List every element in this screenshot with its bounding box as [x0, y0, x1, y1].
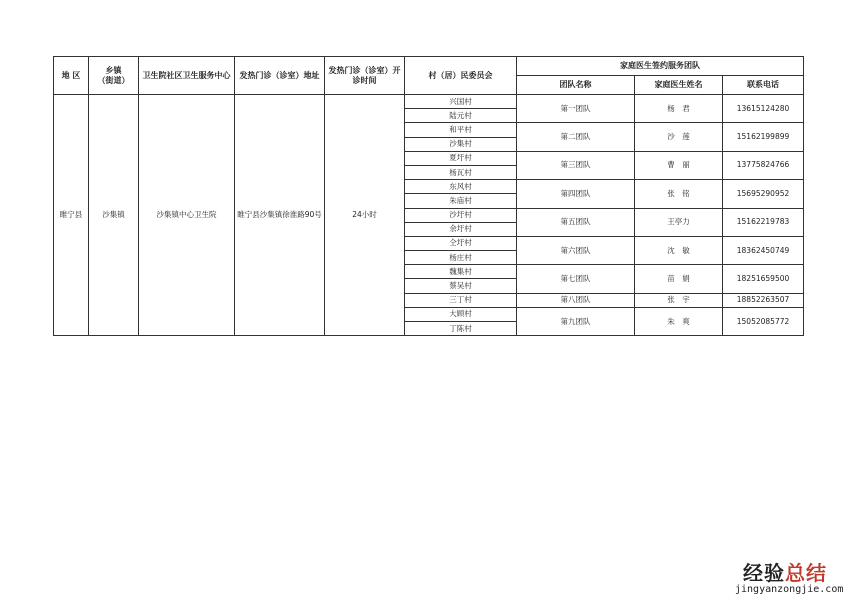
doctor-name-cell: 杨 君: [635, 95, 723, 123]
header-township: 乡镇 （街道）: [89, 57, 139, 95]
watermark-title: 经验总结: [735, 562, 835, 584]
village-cell: 夏圩村: [405, 151, 517, 165]
village-cell: 仝圩村: [405, 236, 517, 250]
township-cell: 沙集镇: [89, 95, 139, 336]
header-health-center: 卫生院社区卫生服务中心: [139, 57, 235, 95]
village-cell: 沙集村: [405, 137, 517, 151]
roster-body: 睢宁县沙集镇沙集镇中心卫生院睢宁县沙集镇徐淮路90号24小时兴国村第一团队杨 君…: [54, 95, 804, 336]
village-cell: 魏集村: [405, 265, 517, 279]
village-cell: 朱庙村: [405, 194, 517, 208]
phone-cell: 15052085772: [723, 307, 804, 335]
fever-clinic-hours-cell: 24小时: [325, 95, 405, 336]
header-region: 地 区: [54, 57, 89, 95]
phone-cell: 18362450749: [723, 236, 804, 264]
watermark-title-part2: 总结: [785, 561, 827, 585]
health-center-cell: 沙集镇中心卫生院: [139, 95, 235, 336]
doctor-name-cell: 沙 莲: [635, 123, 723, 151]
family-doctor-roster-table: 地 区 乡镇 （街道） 卫生院社区卫生服务中心 发热门诊（诊室）地址 发热门诊（…: [53, 56, 804, 336]
village-cell: 杨瓦村: [405, 165, 517, 179]
team-name-cell: 第二团队: [517, 123, 635, 151]
village-cell: 陆元村: [405, 109, 517, 123]
header-team-name: 团队名称: [517, 76, 635, 95]
phone-cell: 15162199899: [723, 123, 804, 151]
region-cell: 睢宁县: [54, 95, 89, 336]
village-cell: 沙圩村: [405, 208, 517, 222]
team-name-cell: 第一团队: [517, 95, 635, 123]
table-row: 睢宁县沙集镇沙集镇中心卫生院睢宁县沙集镇徐淮路90号24小时兴国村第一团队杨 君…: [54, 95, 804, 109]
header-doctor-name: 家庭医生姓名: [635, 76, 723, 95]
team-name-cell: 第五团队: [517, 208, 635, 236]
phone-cell: 18251659500: [723, 265, 804, 293]
fever-clinic-address-cell: 睢宁县沙集镇徐淮路90号: [235, 95, 325, 336]
site-watermark: 经验总结 jingyanzongjie.com: [735, 562, 835, 596]
phone-cell: 13775824766: [723, 151, 804, 179]
village-cell: 东风村: [405, 180, 517, 194]
header-fever-clinic-address: 发热门诊（诊室）地址: [235, 57, 325, 95]
header-village-committee: 村（居）民委员会: [405, 57, 517, 95]
doctor-name-cell: 苗 娟: [635, 265, 723, 293]
header-township-text: 乡镇 （街道）: [98, 66, 130, 85]
phone-cell: 15695290952: [723, 180, 804, 208]
doctor-name-cell: 张 铭: [635, 180, 723, 208]
header-fever-clinic-hours: 发热门诊（诊室）开诊时间: [325, 57, 405, 95]
village-cell: 丁陈村: [405, 322, 517, 336]
phone-cell: 18852263507: [723, 293, 804, 307]
village-cell: 三丁村: [405, 293, 517, 307]
team-name-cell: 第六团队: [517, 236, 635, 264]
phone-cell: 13615124280: [723, 95, 804, 123]
team-name-cell: 第三团队: [517, 151, 635, 179]
watermark-url: jingyanzongjie.com: [735, 584, 835, 596]
watermark-title-part1: 经验: [743, 561, 785, 585]
village-cell: 余圩村: [405, 222, 517, 236]
village-cell: 和平村: [405, 123, 517, 137]
doctor-name-cell: 朱 爽: [635, 307, 723, 335]
team-name-cell: 第七团队: [517, 265, 635, 293]
doctor-name-cell: 沈 敏: [635, 236, 723, 264]
doctor-name-cell: 王亭力: [635, 208, 723, 236]
village-cell: 蔡吴村: [405, 279, 517, 293]
doctor-name-cell: 曹 丽: [635, 151, 723, 179]
village-cell: 大顾村: [405, 307, 517, 321]
village-cell: 兴国村: [405, 95, 517, 109]
doctor-name-cell: 张 宇: [635, 293, 723, 307]
team-name-cell: 第九团队: [517, 307, 635, 335]
team-name-cell: 第四团队: [517, 180, 635, 208]
header-phone: 联系电话: [723, 76, 804, 95]
phone-cell: 15162219783: [723, 208, 804, 236]
header-family-doctor-group: 家庭医生签约服务团队: [517, 57, 804, 76]
village-cell: 杨庄村: [405, 251, 517, 265]
team-name-cell: 第八团队: [517, 293, 635, 307]
